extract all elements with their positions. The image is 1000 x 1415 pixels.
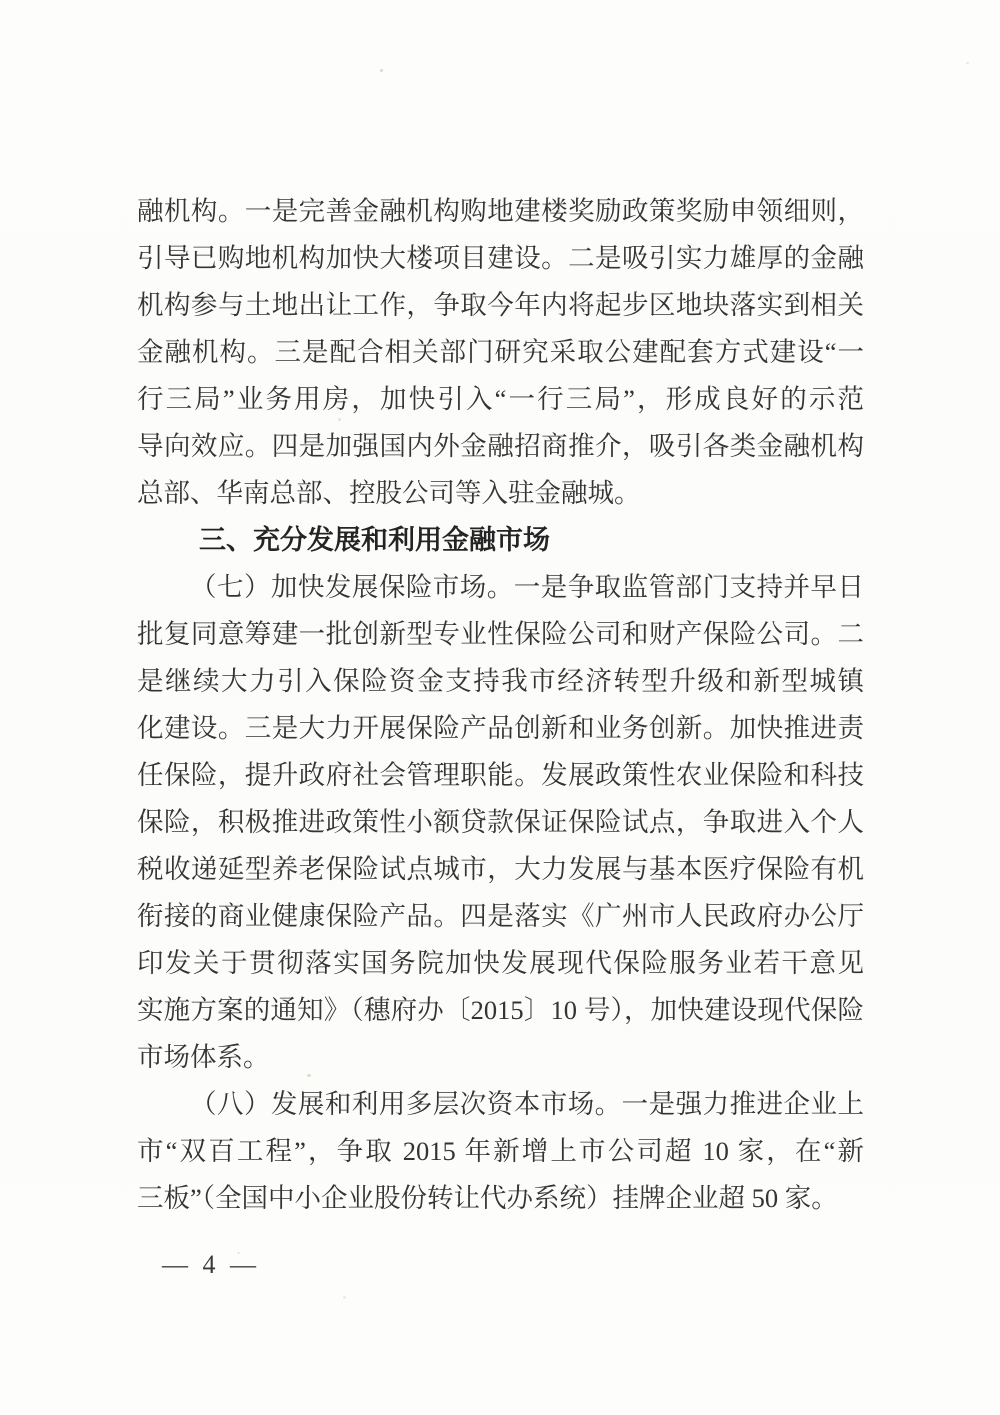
scan-speck xyxy=(380,69,383,72)
document-body: 融机构。一是完善金融机构购地建楼奖励政策奖励申领细则， 引导已购地机构加快大楼项… xyxy=(137,188,864,1222)
text-line: 行三局”业务用房，加快引入“一行三局”，形成良好的示范 xyxy=(137,376,864,423)
text-line: 印发关于贯彻落实国务院加快发展现代保险服务业若干意见 xyxy=(137,940,864,987)
section-heading: 三、充分发展和利用金融市场 xyxy=(137,517,864,564)
text-line: 批复同意筹建一批创新型专业性保险公司和财产保险公司。二 xyxy=(137,611,864,658)
scan-speck xyxy=(343,1296,346,1299)
page-number: — 4 — xyxy=(162,1250,260,1280)
text-line: 融机构。一是完善金融机构购地建楼奖励政策奖励申领细则， xyxy=(137,188,864,235)
text-line: 机构参与土地出让工作，争取今年内将起步区地块落实到相关 xyxy=(137,282,864,329)
paragraph-start-line: （七）加快发展保险市场。一是争取监管部门支持并早日 xyxy=(137,564,864,611)
text-line: 保险，积极推进政策性小额贷款保证保险试点，争取进入个人 xyxy=(137,799,864,846)
text-line: 任保险，提升政府社会管理职能。发展政策性农业保险和科技 xyxy=(137,752,864,799)
text-line: 化建设。三是大力开展保险产品创新和业务创新。加快推进责 xyxy=(137,705,864,752)
paragraph-start-line: （八）发展和利用多层次资本市场。一是强力推进企业上 xyxy=(137,1081,864,1128)
scan-speck xyxy=(307,1074,311,1077)
text-line: 市场体系。 xyxy=(137,1034,864,1081)
text-line: 是继续大力引入保险资金支持我市经济转型升级和新型城镇 xyxy=(137,658,864,705)
scan-speck xyxy=(338,418,341,421)
text-line: 实施方案的通知》（穗府办〔2015〕10 号），加快建设现代保险 xyxy=(137,987,864,1034)
text-line: 税收递延型养老保险试点城市，大力发展与基本医疗保险有机 xyxy=(137,846,864,893)
text-line: 引导已购地机构加快大楼项目建设。二是吸引实力雄厚的金融 xyxy=(137,235,864,282)
text-line: 市“双百工程”，争取 2015 年新增上市公司超 10 家，在“新 xyxy=(137,1128,864,1175)
text-line: 衔接的商业健康保险产品。四是落实《广州市人民政府办公厅 xyxy=(137,893,864,940)
text-line: 总部、华南总部、控股公司等入驻金融城。 xyxy=(137,470,864,517)
text-line: 导向效应。四是加强国内外金融招商推介，吸引各类金融机构 xyxy=(137,423,864,470)
scan-speck xyxy=(966,62,969,64)
scan-speck xyxy=(237,1252,240,1254)
document-page: 融机构。一是完善金融机构购地建楼奖励政策奖励申领细则， 引导已购地机构加快大楼项… xyxy=(0,0,1000,1415)
text-line: 三板”（全国中小企业股份转让代办系统）挂牌企业超 50 家。 xyxy=(137,1175,864,1222)
text-line: 金融机构。三是配合相关部门研究采取公建配套方式建设“一 xyxy=(137,329,864,376)
